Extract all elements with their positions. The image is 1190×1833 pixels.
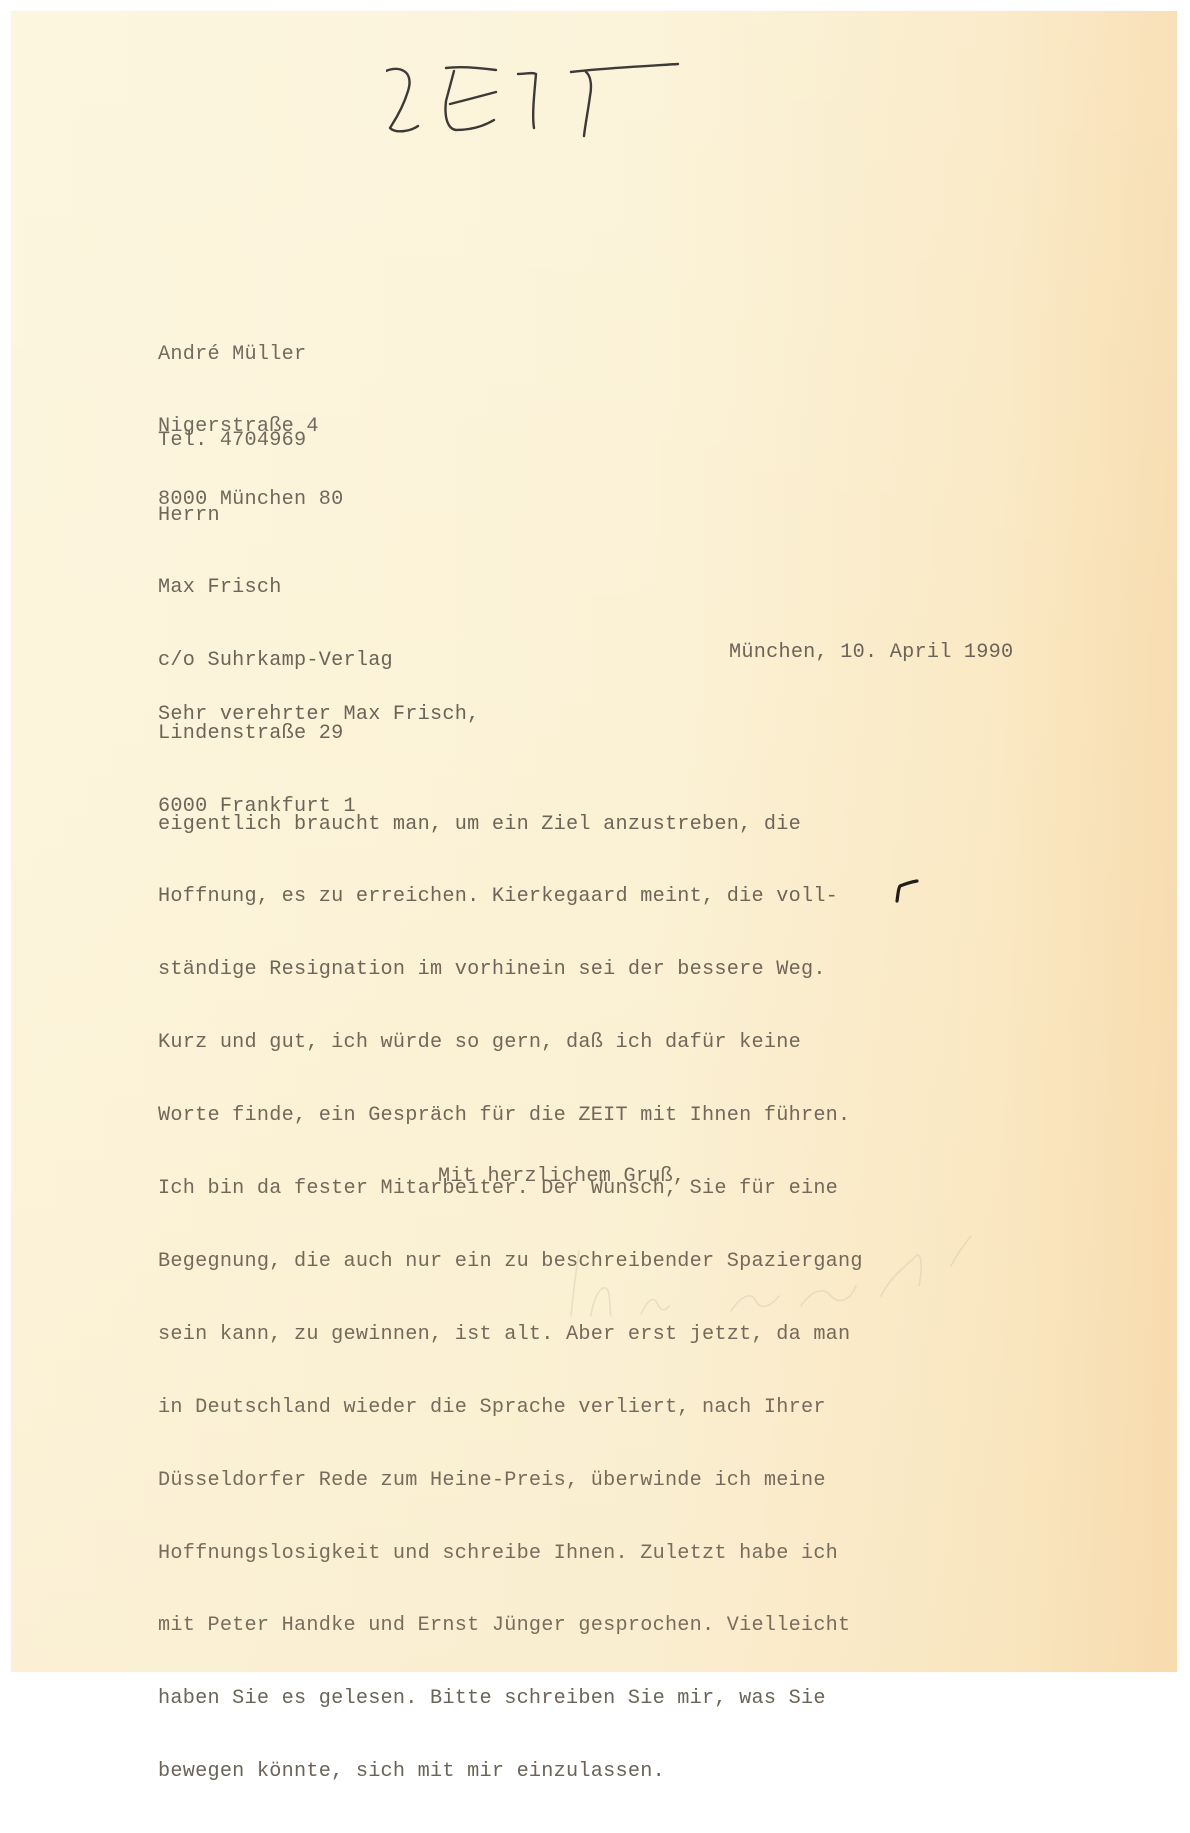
body-line: sein kann, zu gewinnen, ist alt. Aber er…	[158, 1323, 863, 1347]
body-line: ständige Resignation im vorhinein sei de…	[158, 958, 863, 982]
faint-signature-icon	[551, 1226, 1051, 1326]
body-line: Worte finde, ein Gespräch für die ZEIT m…	[158, 1104, 863, 1128]
letter-body: eigentlich braucht man, um ein Ziel anzu…	[158, 764, 863, 1684]
body-line: Hoffnungslosigkeit und schreibe Ihnen. Z…	[158, 1542, 863, 1566]
recipient-care-of: c/o Suhrkamp-Verlag	[158, 649, 393, 673]
sender-name: André Müller	[158, 343, 343, 367]
sender-phone: Tel. 4704969	[158, 429, 306, 453]
salutation: Sehr verehrter Max Frisch,	[158, 703, 479, 727]
handwritten-zeit-annotation	[386, 56, 706, 146]
body-line: Düsseldorfer Rede zum Heine-Preis, überw…	[158, 1469, 863, 1493]
recipient-name: Max Frisch	[158, 576, 393, 600]
body-line: in Deutschland wieder die Sprache verlie…	[158, 1396, 863, 1420]
body-line: eigentlich braucht man, um ein Ziel anzu…	[158, 813, 863, 837]
closing: Mit herzlichem Gruß,	[438, 1165, 685, 1189]
body-line: Hoffnung, es zu erreichen. Kierkegaard m…	[158, 885, 863, 909]
body-line: Kurz und gut, ich würde so gern, daß ich…	[158, 1031, 863, 1055]
recipient-salutation-line: Herrn	[158, 504, 393, 528]
date-line: München, 10. April 1990	[729, 641, 1013, 665]
handwriting-zeit-icon	[386, 56, 706, 146]
letter-page: André Müller Nigerstraße 4 8000 München …	[11, 11, 1177, 1672]
handwritten-correction-mark-icon	[891, 879, 921, 903]
body-line: mit Peter Handke und Ernst Jünger gespro…	[158, 1614, 863, 1638]
